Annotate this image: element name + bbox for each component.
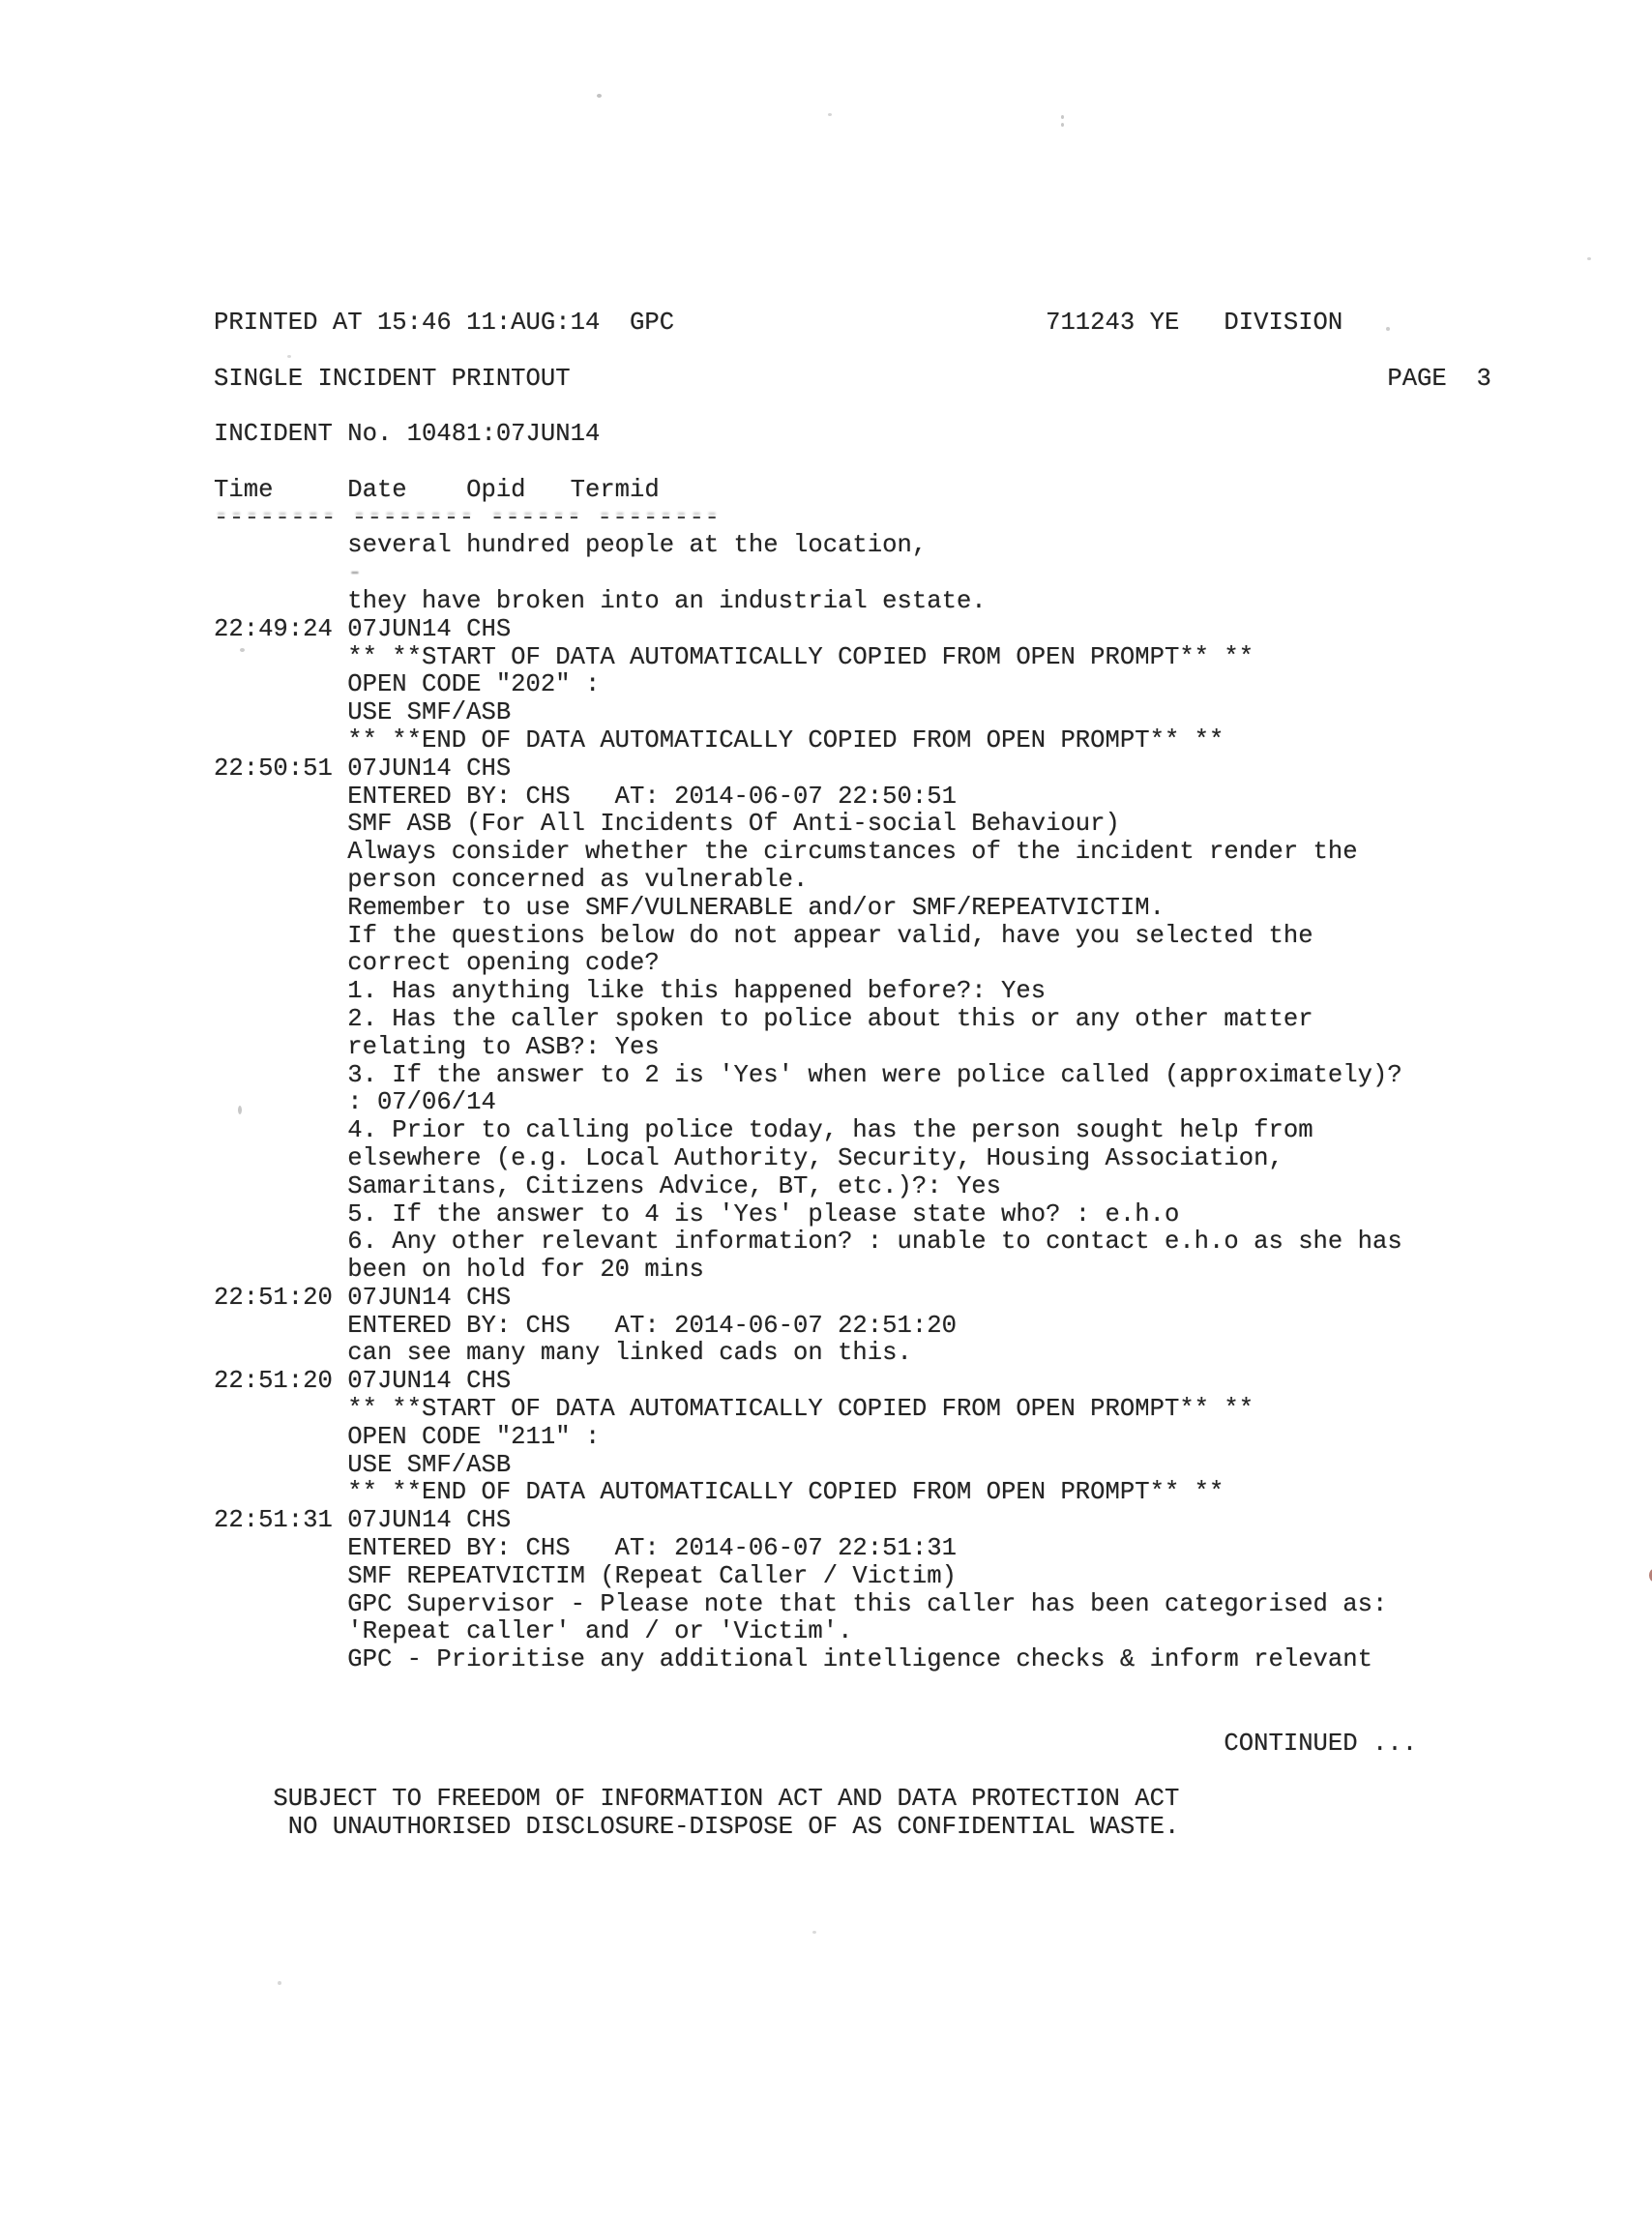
printout-line: ** **START OF DATA AUTOMATICALLY COPIED … — [214, 1396, 1491, 1424]
printout-line: 3. If the answer to 2 is 'Yes' when were… — [214, 1062, 1491, 1090]
scan-speck — [597, 94, 602, 98]
printout-line: USE SMF/ASB — [214, 699, 1491, 727]
printout-line: ** **END OF DATA AUTOMATICALLY COPIED FR… — [214, 1479, 1491, 1507]
printout-line: 6. Any other relevant information? : una… — [214, 1228, 1491, 1257]
scan-speck — [1386, 327, 1390, 331]
scan-speck — [1061, 123, 1064, 127]
printout-line: ENTERED BY: CHS AT: 2014-06-07 22:51:31 — [214, 1535, 1491, 1563]
printout-line: 5. If the answer to 4 is 'Yes' please st… — [214, 1201, 1491, 1229]
printout-line: GPC - Prioritise any additional intellig… — [214, 1646, 1491, 1674]
printout-line: Always consider whether the circumstance… — [214, 839, 1491, 867]
printout-line: SMF REPEATVICTIM (Repeat Caller / Victim… — [214, 1563, 1491, 1591]
scan-speck — [828, 113, 832, 116]
printout-line: PRINTED AT 15:46 11:AUG:14 GPC 711243 YE… — [214, 310, 1491, 338]
printout-line — [214, 449, 1491, 477]
printout-line: ENTERED BY: CHS AT: 2014-06-07 22:50:51 — [214, 784, 1491, 812]
incident-printout: PRINTED AT 15:46 11:AUG:14 GPC 711243 YE… — [214, 310, 1491, 1842]
printout-line: Time Date Opid Termid — [214, 477, 1491, 505]
printout-line: several hundred people at the location, — [214, 532, 1491, 560]
scan-speck — [278, 1981, 281, 1985]
printout-line — [214, 1674, 1491, 1702]
printout-line: relating to ASB?: Yes — [214, 1034, 1491, 1062]
printout-line: SINGLE INCIDENT PRINTOUT PAGE 3 — [214, 366, 1491, 394]
printout-line: CONTINUED ... — [214, 1731, 1491, 1759]
printout-line: can see many many linked cads on this. — [214, 1340, 1491, 1368]
printout-line: 22:49:24 07JUN14 CHS — [214, 616, 1491, 644]
printout-line: NO UNAUTHORISED DISCLOSURE-DISPOSE OF AS… — [214, 1814, 1491, 1842]
printout-line: INCIDENT No. 10481:07JUN14 — [214, 421, 1491, 449]
printout-line: - — [214, 560, 1491, 588]
printout-line — [214, 1758, 1491, 1786]
printout-line: SUBJECT TO FREEDOM OF INFORMATION ACT AN… — [214, 1786, 1491, 1814]
printout-line: been on hold for 20 mins — [214, 1257, 1491, 1285]
printout-line: elsewhere (e.g. Local Authority, Securit… — [214, 1145, 1491, 1173]
printout-line: ENTERED BY: CHS AT: 2014-06-07 22:51:20 — [214, 1313, 1491, 1341]
printout-line: 1. Has anything like this happened befor… — [214, 978, 1491, 1006]
printout-line: 2. Has the caller spoken to police about… — [214, 1006, 1491, 1034]
printout-line: 4. Prior to calling police today, has th… — [214, 1117, 1491, 1145]
printout-line — [214, 338, 1491, 366]
scan-speck — [240, 648, 245, 652]
printout-line: 'Repeat caller' and / or 'Victim'. — [214, 1618, 1491, 1646]
scan-speck — [238, 1106, 242, 1114]
printout-line: 22:51:20 07JUN14 CHS — [214, 1285, 1491, 1313]
scan-speck — [812, 1931, 816, 1934]
printout-line: 22:51:31 07JUN14 CHS — [214, 1507, 1491, 1535]
scanned-page: PRINTED AT 15:46 11:AUG:14 GPC 711243 YE… — [0, 0, 1652, 2220]
printout-line: 22:51:20 07JUN14 CHS — [214, 1368, 1491, 1396]
printout-line: If the questions below do not appear val… — [214, 923, 1491, 951]
printout-line: ** **END OF DATA AUTOMATICALLY COPIED FR… — [214, 727, 1491, 755]
printout-line: 22:50:51 07JUN14 CHS — [214, 755, 1491, 784]
printout-line: GPC Supervisor - Please note that this c… — [214, 1591, 1491, 1619]
scan-speck — [1587, 257, 1591, 260]
printout-line — [214, 1702, 1491, 1731]
printout-line: Remember to use SMF/VULNERABLE and/or SM… — [214, 895, 1491, 923]
printout-line: person concerned as vulnerable. — [214, 867, 1491, 895]
printout-line — [214, 393, 1491, 421]
printout-line: SMF ASB (For All Incidents Of Anti-socia… — [214, 811, 1491, 839]
printout-line: OPEN CODE "211" : — [214, 1424, 1491, 1452]
printout-line: correct opening code? — [214, 950, 1491, 978]
printout-line: they have broken into an industrial esta… — [214, 588, 1491, 616]
scan-speck — [287, 355, 291, 358]
printout-line: Samaritans, Citizens Advice, BT, etc.)?:… — [214, 1173, 1491, 1201]
printout-line: USE SMF/ASB — [214, 1452, 1491, 1480]
printout-line: : 07/06/14 — [214, 1089, 1491, 1117]
printout-line: OPEN CODE "202" : — [214, 671, 1491, 699]
printout-line: -------- -------- ------ -------- — [214, 505, 1491, 533]
scan-speck — [1061, 115, 1064, 119]
printout-line: ** **START OF DATA AUTOMATICALLY COPIED … — [214, 644, 1491, 672]
